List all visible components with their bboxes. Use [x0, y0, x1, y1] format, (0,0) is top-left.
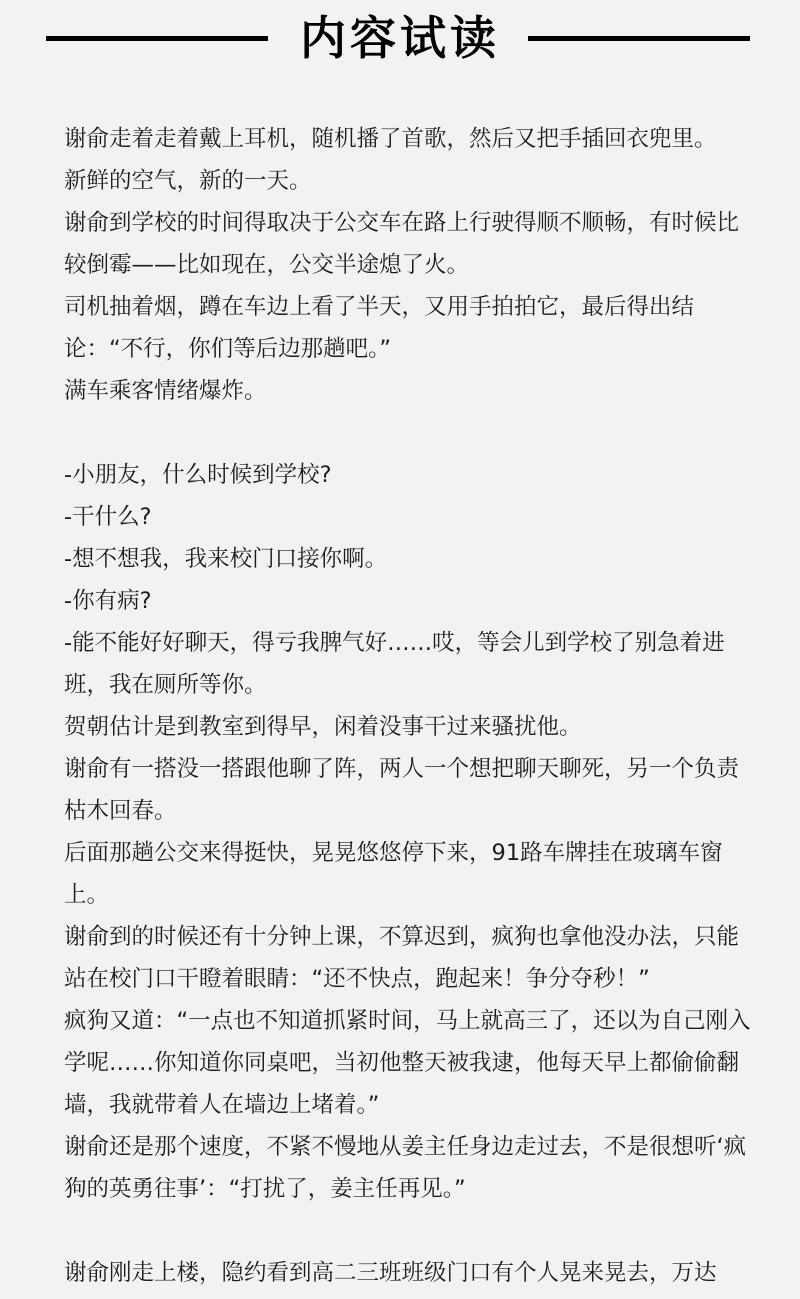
- excerpt-body: 谢俞走着走着戴上耳机，随机播了首歌，然后又把手插回衣兜里。 新鲜的空气，新的一天…: [64, 118, 754, 1294]
- chat-message: -小朋友，什么时候到学校?: [64, 454, 754, 496]
- paragraph: 后面那趟公交来得挺快，晃晃悠悠停下来，91路车牌挂在玻璃车窗上。: [64, 832, 754, 916]
- paragraph: 司机抽着烟，蹲在车边上看了半天，又用手拍拍它，最后得出结论：“不行，你们等后边那…: [64, 286, 754, 370]
- paragraph: 贺朝估计是到教室到得早，闲着没事干过来骚扰他。: [64, 706, 754, 748]
- chat-message: -你有病?: [64, 580, 754, 622]
- paragraph: 谢俞刚走上楼，隐约看到高二三班班级门口有个人晃来晃去，万达: [64, 1252, 754, 1294]
- paragraph: 疯狗又道：“一点也不知道抓紧时间，马上就高三了，还以为自己刚入学呢……你知道你同…: [64, 1000, 754, 1126]
- paragraph: 满车乘客情绪爆炸。: [64, 370, 754, 412]
- chat-message: -想不想我，我来校门口接你啊。: [64, 538, 754, 580]
- chat-message: -干什么?: [64, 496, 754, 538]
- paragraph: 谢俞到学校的时间得取决于公交车在路上行驶得顺不顺畅，有时候比较倒霉——比如现在，…: [64, 202, 754, 286]
- paragraph: 谢俞到的时候还有十分钟上课，不算迟到，疯狗也拿他没办法，只能站在校门口干瞪着眼睛…: [64, 916, 754, 1000]
- chat-message: -能不能好好聊天，得亏我脾气好……哎，等会儿到学校了别急着进班，我在厕所等你。: [64, 622, 754, 706]
- paragraph: 谢俞还是那个速度，不紧不慢地从姜主任身边走过去，不是很想听‘疯狗的英勇往事’：“…: [64, 1126, 754, 1210]
- paragraph: 谢俞有一搭没一搭跟他聊了阵，两人一个想把聊天聊死，另一个负责枯木回春。: [64, 748, 754, 832]
- section-header: 内容试读: [0, 0, 800, 80]
- paragraph: 谢俞走着走着戴上耳机，随机播了首歌，然后又把手插回衣兜里。: [64, 118, 754, 160]
- paragraph: 新鲜的空气，新的一天。: [64, 160, 754, 202]
- paragraph-spacer: [64, 412, 754, 454]
- header-divider-right: [528, 36, 750, 41]
- paragraph-spacer: [64, 1210, 754, 1252]
